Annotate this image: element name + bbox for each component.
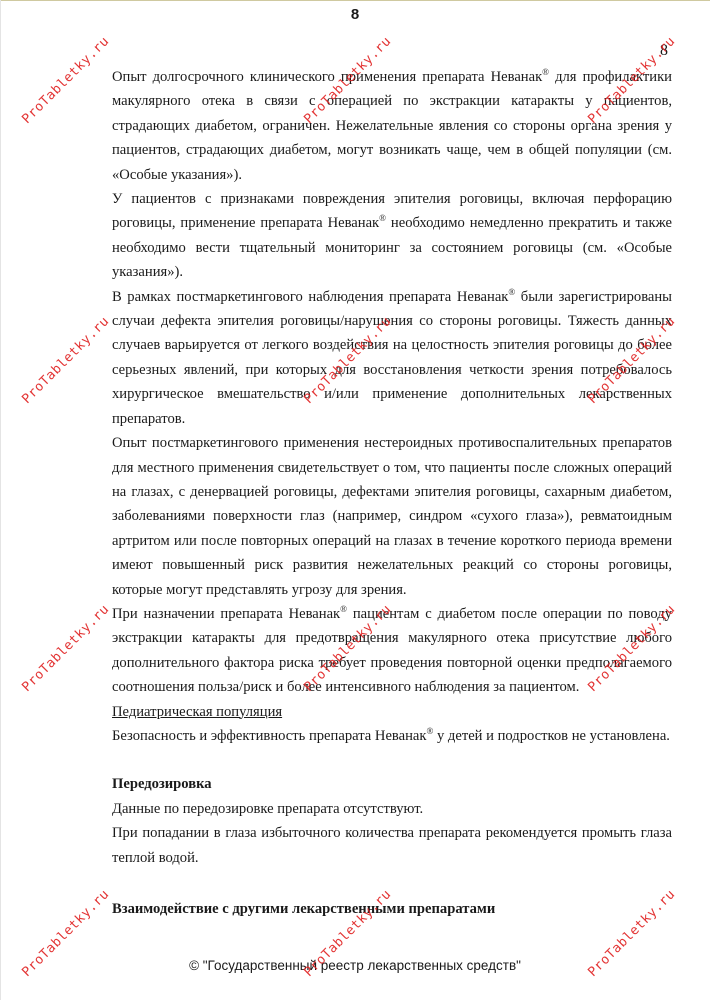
watermark: ProTabletky.ru (19, 34, 112, 127)
page-number-top: 8 (0, 6, 710, 23)
paragraph-postmarketing: В рамках постмаркетингового наблюдения п… (112, 285, 672, 431)
paragraph-overdose-action: При попадании в глаза избыточного количе… (112, 821, 672, 870)
paragraph-pediatric: Безопасность и эффективность препарата Н… (112, 724, 672, 748)
paragraph-corneal-damage: У пациентов с признаками повреждения эпи… (112, 187, 672, 285)
paragraph-overdose-data: Данные по передозировке препарата отсутс… (112, 797, 672, 821)
document-body: Опыт долгосрочного клинического применен… (112, 65, 672, 921)
watermark: ProTabletky.ru (19, 314, 112, 407)
registered-mark: ® (340, 604, 347, 614)
registered-mark: ® (542, 67, 549, 77)
pediatric-heading: Педиатрическая популяция (112, 700, 672, 724)
registered-mark: ® (379, 214, 386, 224)
watermark: ProTabletky.ru (19, 602, 112, 695)
interaction-heading: Взаимодействие с другими лекарственными … (112, 897, 672, 921)
paragraph-nsaid-experience: Опыт постмаркетингового применения несте… (112, 431, 672, 602)
overdose-heading: Передозировка (112, 772, 672, 796)
left-border (0, 0, 1, 1000)
top-border (0, 0, 710, 1)
paragraph-long-term-use: Опыт долгосрочного клинического применен… (112, 65, 672, 187)
